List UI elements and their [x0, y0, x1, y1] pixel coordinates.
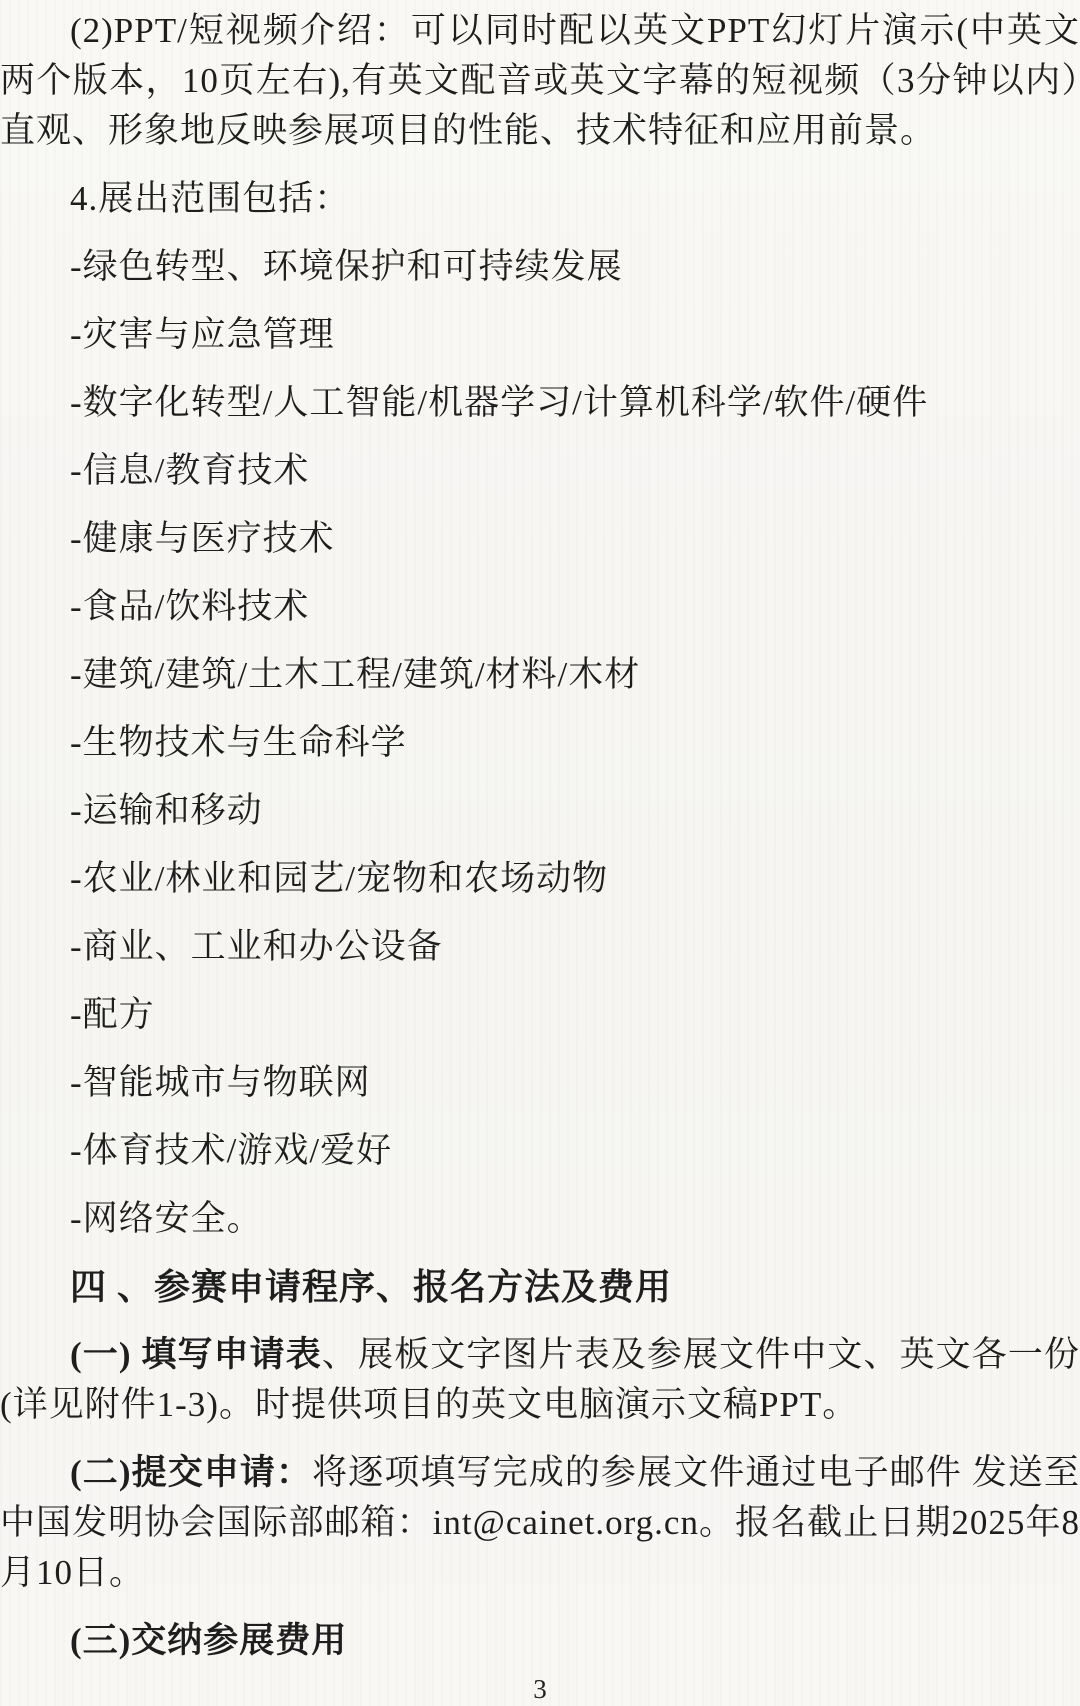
document-page: (2)PPT/短视频介绍：可以同时配以英文PPT幻灯片演示(中英文两个版本，10… [0, 0, 1080, 1666]
scope-item: -智能城市与物联网 [0, 1058, 1080, 1108]
scope-item: -运输和移动 [0, 786, 1080, 836]
scope-heading: 4.展出范围包括： [0, 174, 1080, 224]
apply-paragraph-lead: (一) 填写申请表 [70, 1335, 322, 1374]
section-four-heading: 四 、参赛申请程序、报名方法及费用 [0, 1262, 1080, 1312]
page-number: 3 [0, 1674, 1080, 1704]
scope-item: -农业/林业和园艺/宠物和农场动物 [0, 854, 1080, 904]
submit-paragraph-lead: (二)提交申请： [70, 1453, 312, 1492]
scope-item: -建筑/建筑/土木工程/建筑/材料/木材 [0, 650, 1080, 700]
scope-item: -健康与医疗技术 [0, 514, 1080, 564]
submit-paragraph: (二)提交申请：将逐项填写完成的参展文件通过电子邮件 发送至中国发明协会国际部邮… [0, 1448, 1080, 1598]
ppt-intro-paragraph: (2)PPT/短视频介绍：可以同时配以英文PPT幻灯片演示(中英文两个版本，10… [0, 6, 1080, 156]
scope-item: -生物技术与生命科学 [0, 718, 1080, 768]
scope-item: -数字化转型/人工智能/机器学习/计算机科学/软件/硬件 [0, 378, 1080, 428]
fee-paragraph: (三)交纳参展费用 [0, 1616, 1080, 1666]
scope-item: -商业、工业和办公设备 [0, 922, 1080, 972]
scope-item: -信息/教育技术 [0, 446, 1080, 496]
scope-item: -网络安全。 [0, 1194, 1080, 1244]
scope-item: -体育技术/游戏/爱好 [0, 1126, 1080, 1176]
scope-item: -绿色转型、环境保护和可持续发展 [0, 242, 1080, 292]
scope-item: -食品/饮料技术 [0, 582, 1080, 632]
apply-paragraph: (一) 填写申请表、展板文字图片表及参展文件中文、英文各一份(详见附件1-3)。… [0, 1330, 1080, 1430]
scope-item: -灾害与应急管理 [0, 310, 1080, 360]
scope-item: -配方 [0, 990, 1080, 1040]
